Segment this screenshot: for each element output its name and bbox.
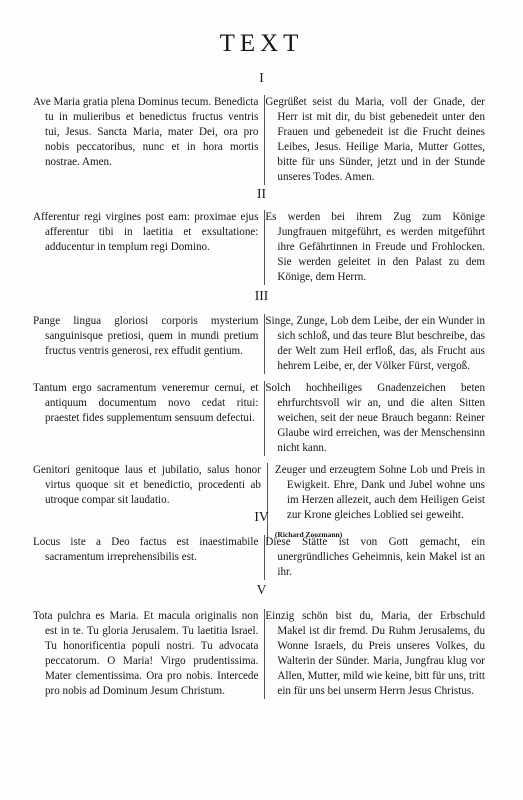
german-text: Diese Stätte ist von Gott gemacht, ein u… [264,535,485,580]
section-1: Ave Maria gratia plena Dominus tecum. Be… [33,95,485,192]
german-text: Gegrüßet seist du Maria, voll der Gnade,… [264,95,485,185]
section-4: Locus iste a Deo factus est inaestimabil… [33,535,485,587]
german-text: Solch hochheiliges Gnadenzeichen beten e… [264,381,485,456]
german-text: Es werden bei ihrem Zug zum Könige Jungf… [264,210,485,285]
text-pair: Locus iste a Deo factus est inaestimabil… [33,535,485,580]
text-pair: Afferentur regi virgines post eam: proxi… [33,210,485,285]
section-numeral-4: IV [0,509,523,525]
latin-text: Tantum ergo sacramentum veneremur cernui… [33,381,264,456]
latin-text: Locus iste a Deo factus est inaestimabil… [33,535,264,580]
german-text: Einzig schön bist du, Maria, der Erbschu… [264,609,485,699]
section-numeral-5: V [0,582,523,598]
german-column: Zeuger und erzeugtem Sohne Lob und Preis… [267,463,485,542]
latin-text: Genitori genitoque laus et jubilatio, sa… [33,463,267,542]
text-pair: Ave Maria gratia plena Dominus tecum. Be… [33,95,485,185]
section-numeral-3: III [0,288,523,304]
latin-text: Pange lingua gloriosi corporis mysterium… [33,314,264,374]
text-pair: Pange lingua gloriosi corporis mysterium… [33,314,485,374]
section-numeral-2: II [0,186,523,202]
latin-text: Tota pulchra es Maria. Et macula origina… [33,609,264,699]
section-5: Tota pulchra es Maria. Et macula origina… [33,609,485,706]
latin-text: Afferentur regi virgines post eam: proxi… [33,210,264,285]
page-title: TEXT [0,30,523,58]
section-numeral-1: I [0,70,523,86]
text-pair: Tantum ergo sacramentum veneremur cernui… [33,381,485,456]
german-text: Singe, Zunge, Lob dem Leibe, der ein Wun… [264,314,485,374]
latin-text: Ave Maria gratia plena Dominus tecum. Be… [33,95,264,185]
section-2: Afferentur regi virgines post eam: proxi… [33,210,485,292]
text-pair: Genitori genitoque laus et jubilatio, sa… [33,463,485,542]
text-pair: Tota pulchra es Maria. Et macula origina… [33,609,485,699]
